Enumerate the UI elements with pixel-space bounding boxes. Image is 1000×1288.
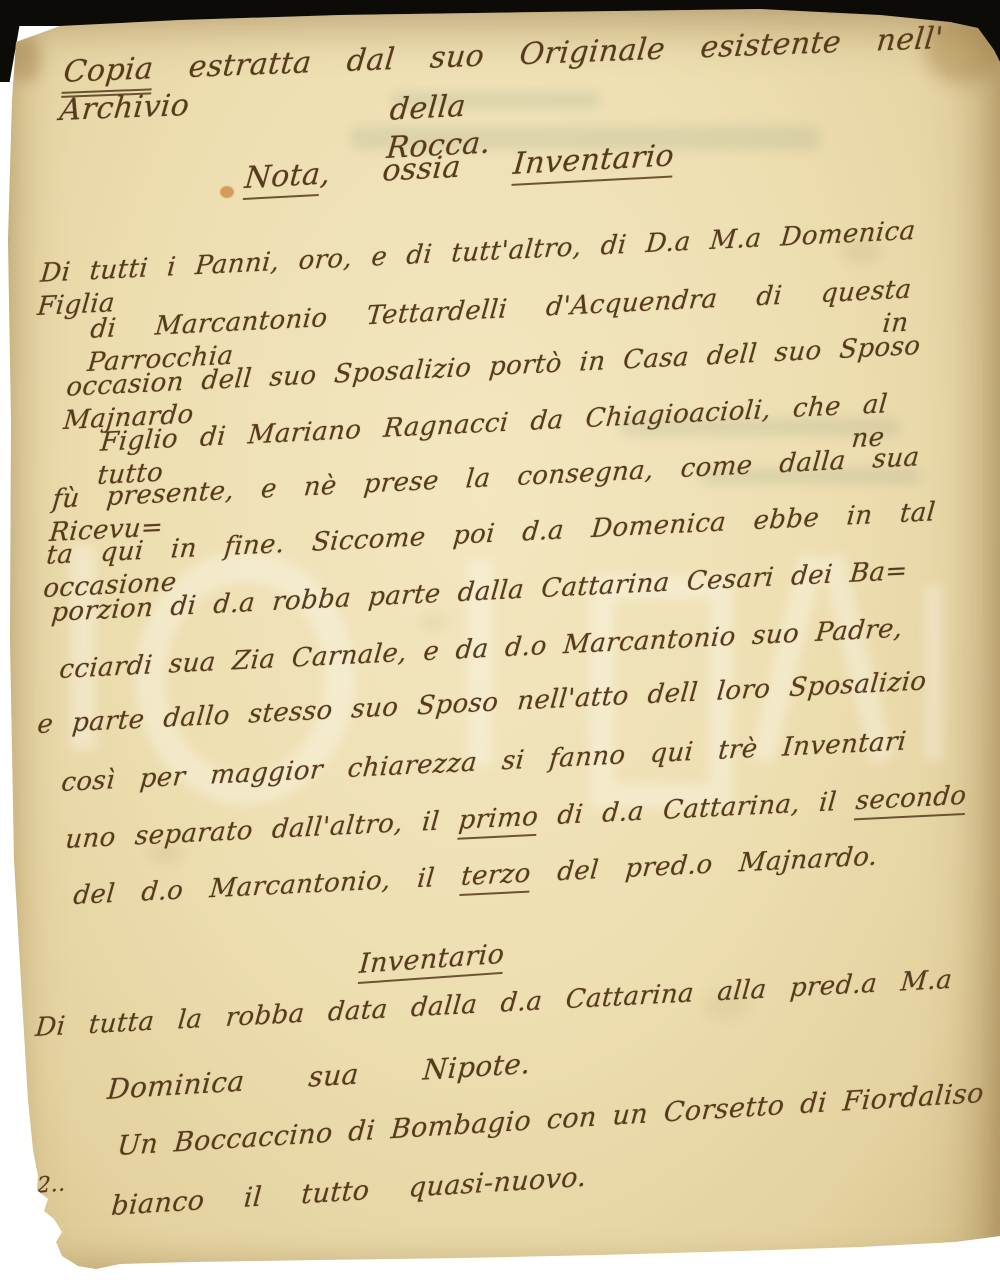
body-line-11-segment: uno separato dall'altro, il [64, 806, 460, 855]
title-line-segment: Nota [243, 157, 322, 200]
inventory-intro-line-2: Dominica sua Nipote. [106, 1046, 532, 1107]
inventory-intro-line-1: Di tutta la robba data dalla d.a Cattari… [34, 964, 954, 1045]
inventory-heading-segment: Inventario [358, 939, 506, 984]
body-line-12-segment: del pred.o Majnardo. [529, 841, 879, 888]
item-number-segment: 2.. [36, 1171, 66, 1199]
body-line-11-segment: primo [457, 802, 540, 840]
foxing-spot [418, 612, 450, 632]
body-line-12-segment: del d.o Marcantonio, il [72, 862, 462, 911]
inventory-intro-line-2-segment: Dominica sua Nipote. [106, 1047, 532, 1106]
body-line-11-segment: secondo [854, 781, 968, 821]
item-line-2-segment: bianco il tutto quasi-nuovo. [110, 1162, 588, 1222]
inventory-intro-line-1-segment: Di tutta la robba data dalla d.a Cattari… [34, 965, 953, 1043]
title-line-segment: Inventario [511, 138, 675, 186]
title-line-segment: , ossia [319, 147, 515, 192]
body-line-12-segment: terzo [459, 858, 532, 896]
manuscript-paper: Copia estratta dal suo Originale esisten… [0, 0, 1000, 1288]
item-number: 2.. [36, 1168, 97, 1201]
item-line-2: bianco il tutto quasi-nuovo. [110, 1161, 588, 1224]
watermark-mark [925, 585, 943, 760]
inventory-heading: Inventario [358, 934, 560, 982]
ink-stain [220, 186, 234, 198]
body-line-12: del d.o Marcantonio, il terzo del pred.o… [72, 840, 879, 912]
body-line-11-segment: di d.a Cattarina, il [537, 786, 857, 832]
manuscript-scan: Copia estratta dal suo Originale esisten… [0, 0, 1000, 1288]
